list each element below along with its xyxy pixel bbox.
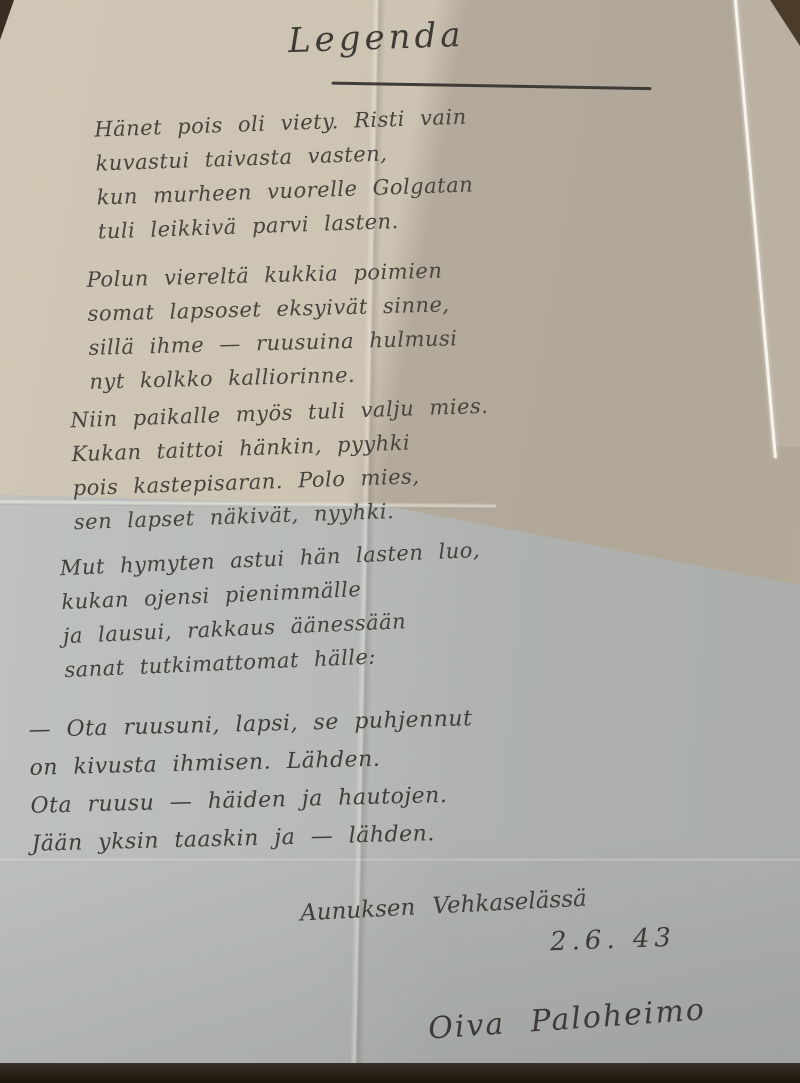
table-bottom-edge [0, 1063, 800, 1083]
poem-stanza-5: — Ota ruusuni, lapsi, se puhjennut on ki… [28, 700, 476, 864]
poem-title: Legenda [287, 15, 465, 61]
poem-stanza-2: Polun viereltä kukkia poimien somat laps… [86, 253, 459, 399]
letter-photo: Legenda Hänet pois oli viety. Risti vain… [0, 0, 800, 1083]
poem-stanza-4: Mut hymyten astui hän lasten luo, kukan … [59, 533, 485, 687]
poem-stanza-3: Niin paikalle myös tuli valju mies. Kuka… [70, 389, 493, 540]
closing-date: 2.6. 43 [550, 923, 677, 957]
poem-stanza-1: Hänet pois oli viety. Risti vain kuvastu… [94, 99, 475, 248]
poem-title-block: Legenda [287, 15, 465, 61]
